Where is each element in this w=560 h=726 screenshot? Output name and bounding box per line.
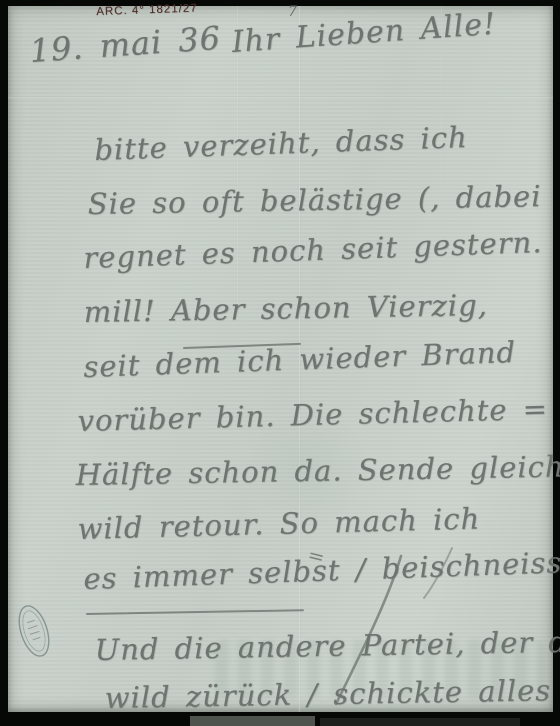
page-number: 7 (288, 4, 297, 20)
bottom-page-edge (190, 716, 315, 726)
fold-crease-horizontal (8, 96, 553, 99)
bottom-page-edge (320, 718, 520, 726)
library-stamp (11, 599, 57, 663)
handwritten-line: mill! Aber schon Vierzig, (83, 288, 488, 329)
scan-frame: ARC. 4° 1821/27 7 19. mai 36 Ihr Lieben … (0, 0, 560, 726)
